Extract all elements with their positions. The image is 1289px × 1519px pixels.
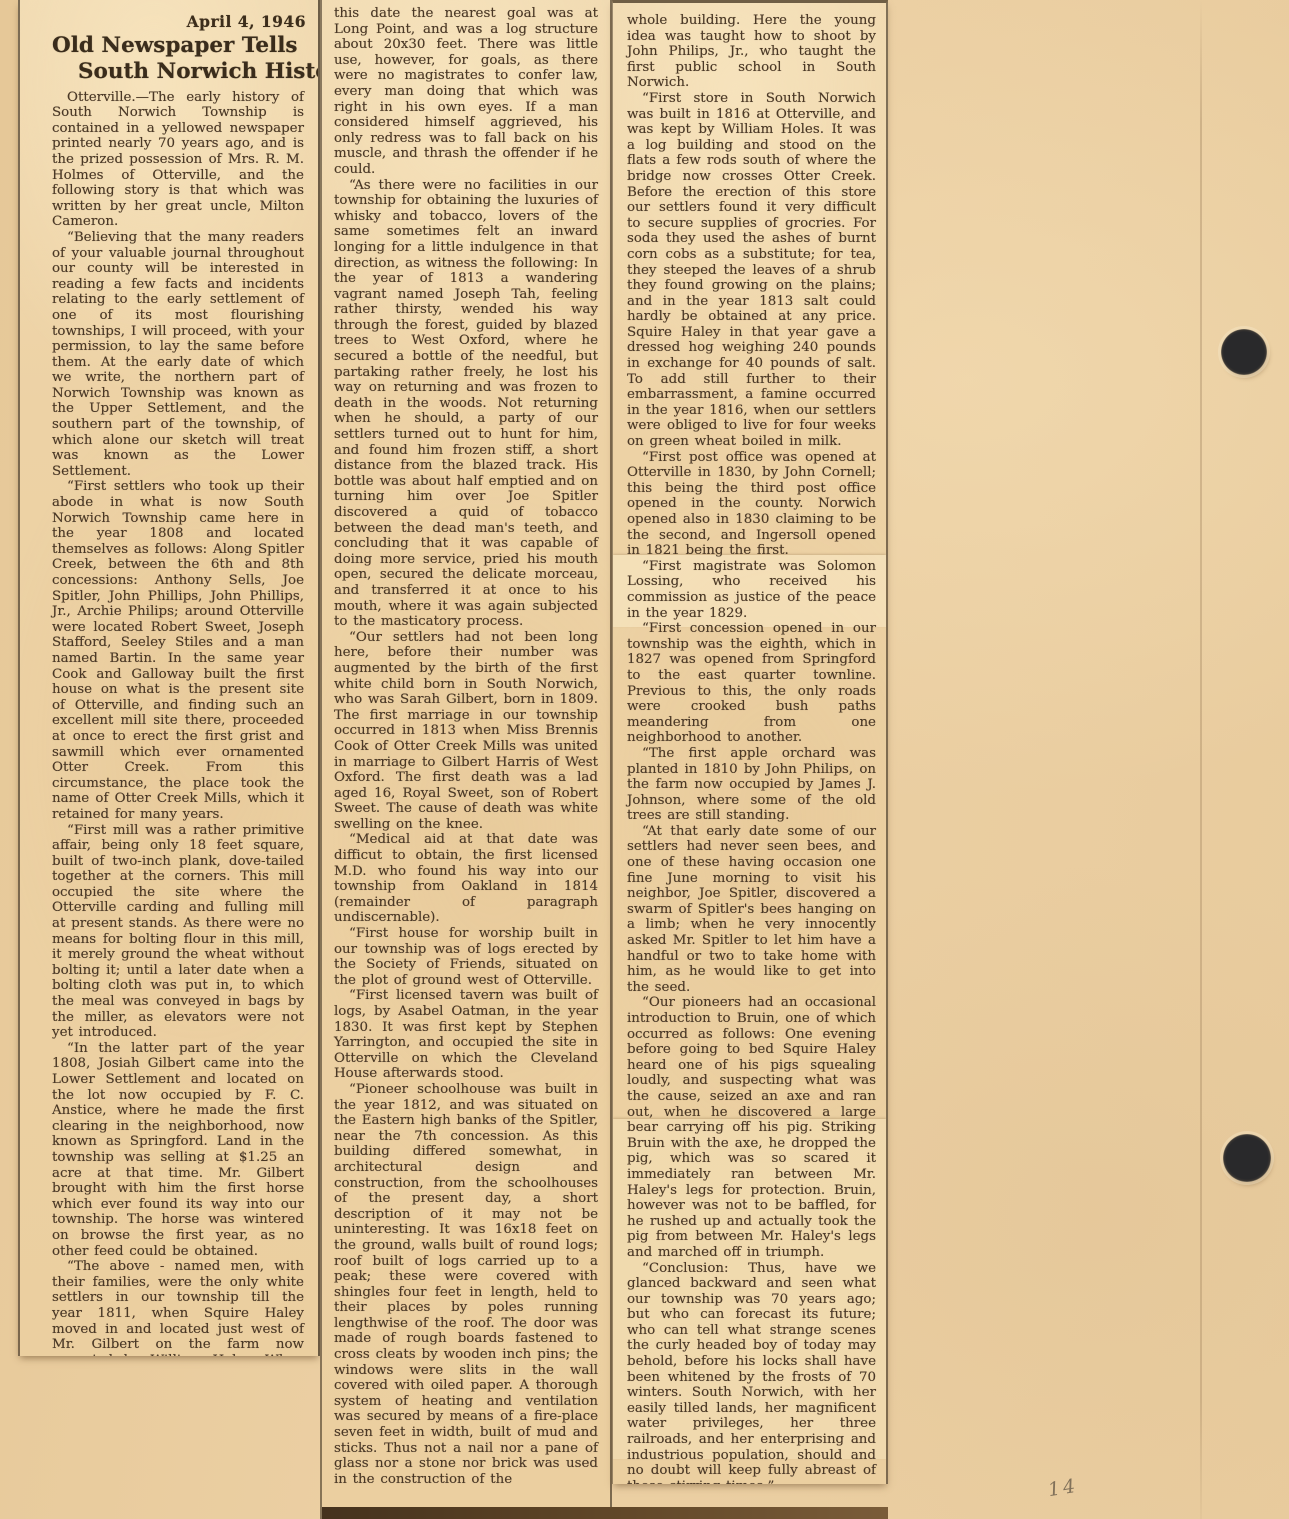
page-crease-line (1200, 0, 1202, 1519)
article-paragraph: “As there were no facilities in our town… (334, 178, 598, 630)
article-paragraph: whole building. Here the young idea was … (627, 13, 876, 91)
handwritten-page-number: 14 (1046, 1475, 1079, 1501)
article-headline-line2: South Norwich History (52, 59, 304, 85)
article-paragraph: “Our settlers had not been long here, be… (334, 630, 598, 833)
article-paragraph: “At that early date some of our settlers… (627, 824, 876, 996)
article-paragraph: “First concession opened in our township… (627, 621, 876, 746)
article-paragraph: “Our pioneers had an occasional introduc… (627, 995, 876, 1260)
article-paragraph: “First settlers who took up their abode … (52, 479, 304, 822)
hole-punch-top (1221, 329, 1267, 375)
article-paragraph: “First mill was a rather primitive affai… (52, 823, 304, 1041)
article-paragraph: “Believing that the many readers of your… (52, 230, 304, 480)
article-paragraph: “Conclusion: Thus, have we glanced backw… (627, 1261, 876, 1485)
article-paragraph: “Pioneer schoolhouse was built in the ye… (334, 1082, 598, 1487)
article-paragraph: “The above - named men, with their famil… (52, 1259, 304, 1356)
article-date: April 4, 1946 (52, 12, 306, 31)
article-paragraph: this date the nearest goal was at Long P… (334, 6, 598, 178)
newspaper-column-1: April 4, 1946 Old Newspaper Tells South … (18, 0, 320, 1356)
article-headline-line1: Old Newspaper Tells (52, 33, 304, 59)
article-paragraph: “First post office was opened at Ottervi… (627, 450, 876, 559)
page-bottom-edge (322, 1507, 888, 1519)
article-paragraph: “Medical aid at that date was difficut t… (334, 832, 598, 926)
article-paragraph: “The first apple orchard was planted in … (627, 746, 876, 824)
article-paragraph: Otterville.—The early history of South N… (52, 90, 304, 230)
newspaper-column-2: this date the nearest goal was at Long P… (320, 0, 612, 1519)
article-paragraph: “First store in South Norwich was built … (627, 91, 876, 450)
hole-punch-bottom (1219, 1130, 1276, 1187)
article-paragraph: “First licensed tavern was built of logs… (334, 988, 598, 1082)
article-paragraph: “First house for worship built in our to… (334, 926, 598, 988)
article-paragraph: “In the latter part of the year 1808, Jo… (52, 1041, 304, 1259)
newspaper-column-3: whole building. Here the young idea was … (612, 0, 888, 1484)
article-paragraph: “First magistrate was Solomon Lossing, w… (627, 559, 876, 621)
